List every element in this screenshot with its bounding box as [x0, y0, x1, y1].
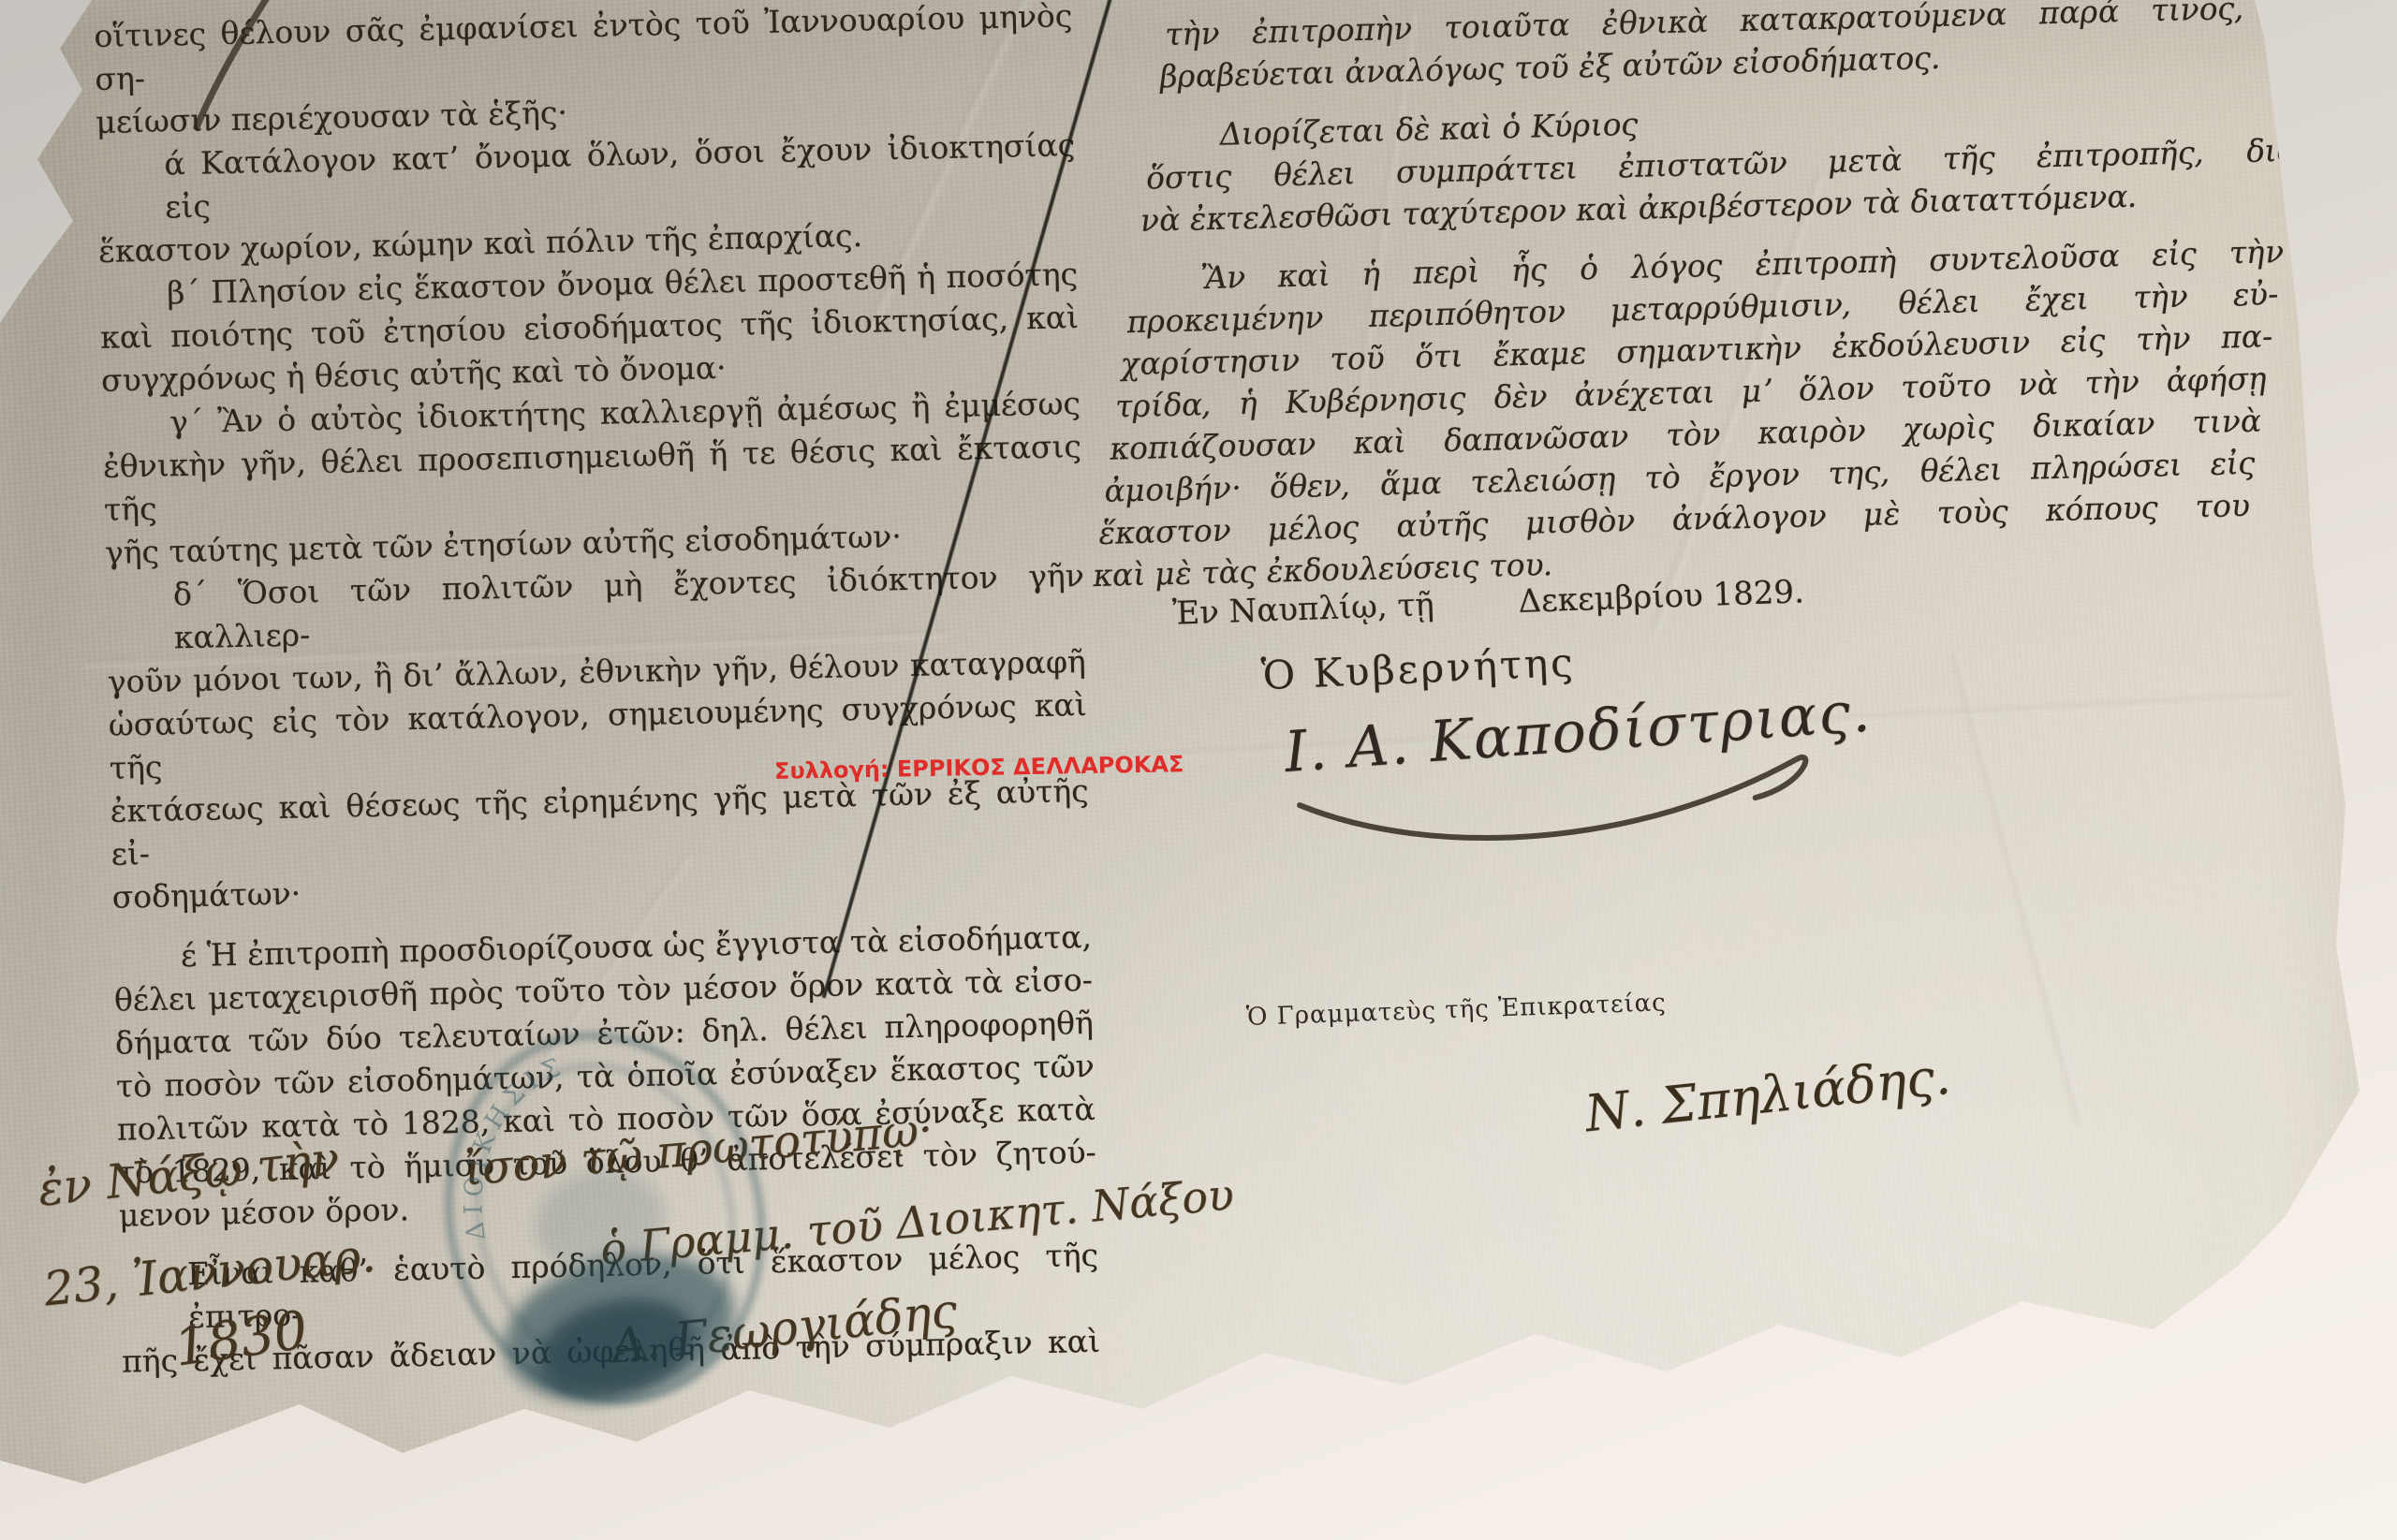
photo-backdrop: οἵτινες θέλουν σᾶς ἐμφανίσει ἐντὸς τοῦ Ἰ…	[0, 0, 2397, 1540]
crease-line	[1950, 653, 2085, 1126]
governor-signature: Ι. Α. Καποδίστριας.	[1283, 681, 1855, 882]
blank-day-gap	[1434, 612, 1519, 615]
ink-speck	[1640, 1395, 1646, 1401]
secretary-title: Ὁ Γραμματεὺς τῆς Ἐπικρατείας	[1246, 989, 1668, 1032]
secretary-signature: Ν. Σπηλιάδης.	[1582, 1047, 1953, 1144]
document-paper: οἵτινες θέλουν σᾶς ἐμφανίσει ἐντὸς τοῦ Ἰ…	[0, 0, 2397, 1540]
right-column: τὴν ἐπιτροπὴν τοιαῦτα ἐθνικὰ κατακρατούμ…	[1091, 0, 2320, 596]
dateline-place: Ἐν Ναυπλίῳ, τῇ	[1172, 586, 1435, 633]
governor-title: Ὁ Κυβερνήτης	[1260, 639, 1577, 699]
ink-speck	[1621, 1384, 1629, 1392]
